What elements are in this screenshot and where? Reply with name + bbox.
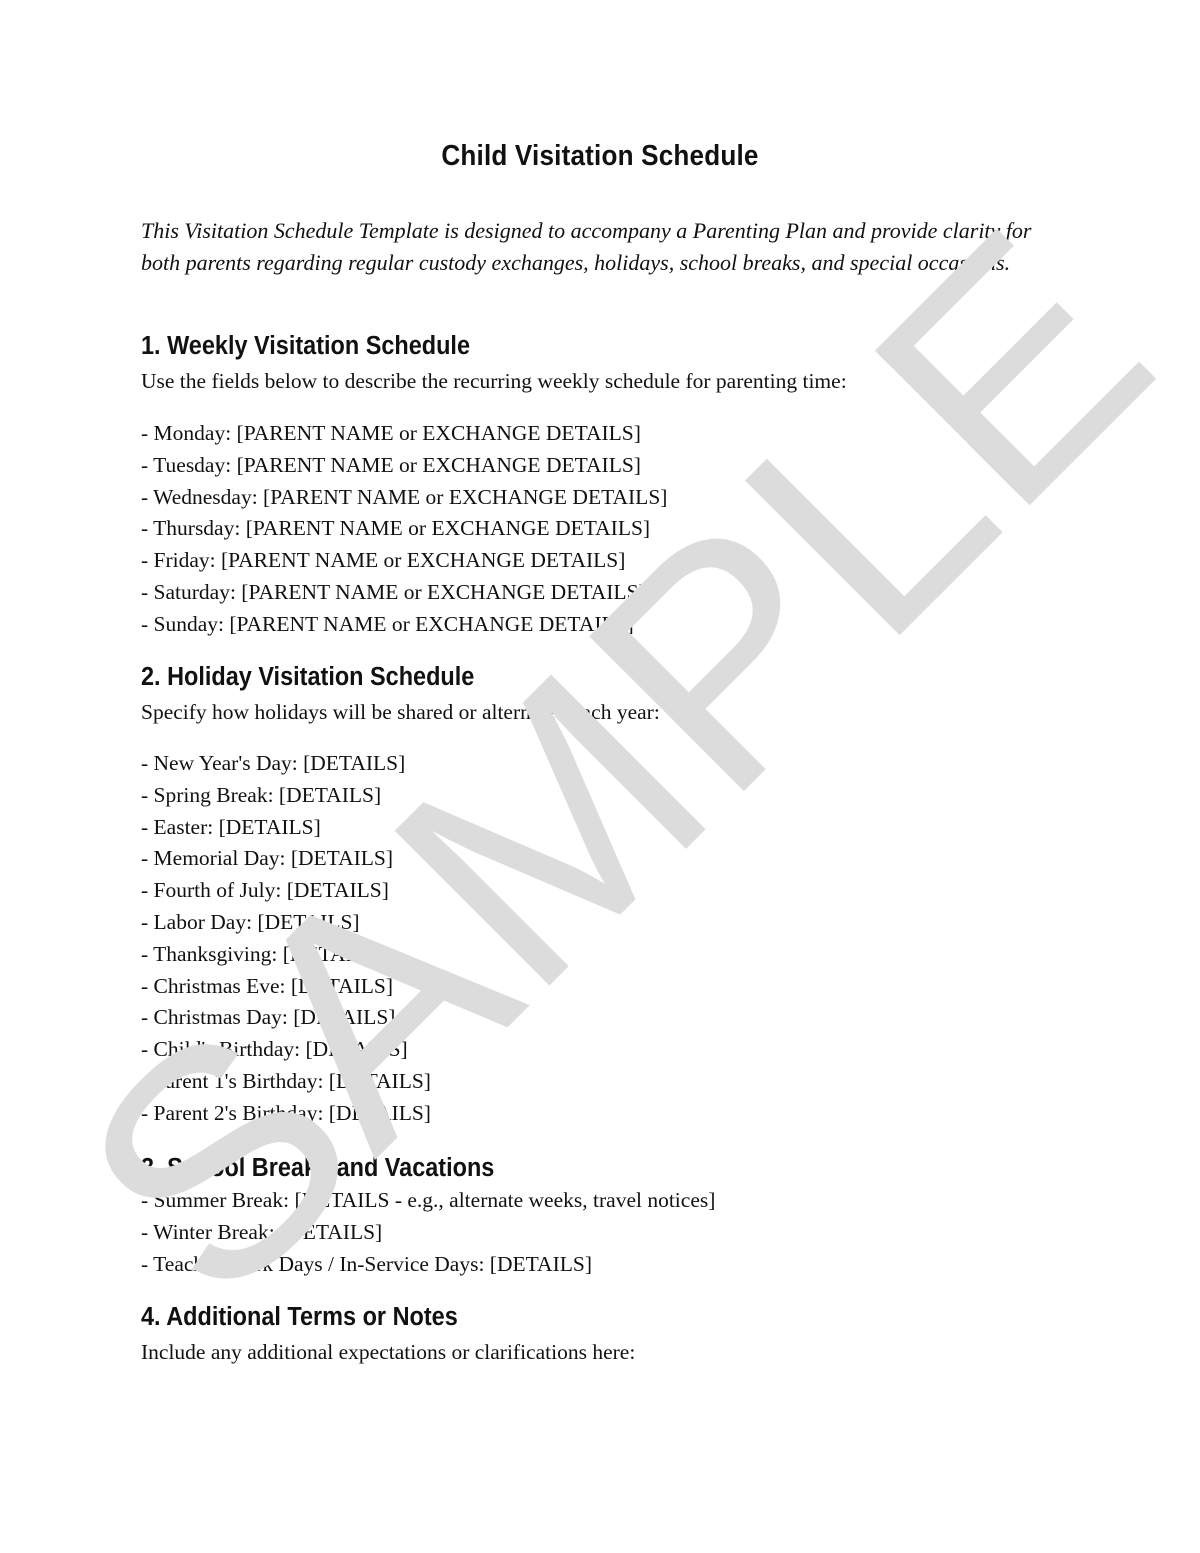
list-item: - Sunday: [PARENT NAME or EXCHANGE DETAI…	[141, 609, 667, 641]
list-item: - Fourth of July: [DETAILS]	[141, 875, 431, 907]
list-item: - Thanksgiving: [DETAILS]	[141, 939, 431, 971]
intro-paragraph: This Visitation Schedule Template is des…	[141, 215, 1041, 278]
document-page: Child Visitation Schedule This Visitatio…	[0, 0, 1200, 1553]
section-heading-additional-terms: 4. Additional Terms or Notes	[141, 1303, 458, 1332]
weekly-schedule-list: - Monday: [PARENT NAME or EXCHANGE DETAI…	[141, 418, 667, 641]
list-item: - Friday: [PARENT NAME or EXCHANGE DETAI…	[141, 545, 667, 577]
list-item: - Teacher Work Days / In-Service Days: […	[141, 1249, 715, 1281]
section-heading-weekly: 1. Weekly Visitation Schedule	[141, 332, 470, 361]
section-heading-school-breaks: 3. School Breaks and Vacations	[141, 1154, 494, 1183]
section-description-additional-terms: Include any additional expectations or c…	[141, 1340, 635, 1365]
list-item: - Child's Birthday: [DETAILS]	[141, 1034, 431, 1066]
list-item: - Summer Break: [DETAILS - e.g., alterna…	[141, 1185, 715, 1217]
section-heading-holiday: 2. Holiday Visitation Schedule	[141, 663, 474, 692]
list-item: - Christmas Day: [DETAILS]	[141, 1002, 431, 1034]
section-description-weekly: Use the fields below to describe the rec…	[141, 369, 847, 394]
list-item: - Labor Day: [DETAILS]	[141, 907, 431, 939]
list-item: - Thursday: [PARENT NAME or EXCHANGE DET…	[141, 513, 667, 545]
list-item: - Christmas Eve: [DETAILS]	[141, 971, 431, 1003]
list-item: - Parent 2's Birthday: [DETAILS]	[141, 1098, 431, 1130]
list-item: - Wednesday: [PARENT NAME or EXCHANGE DE…	[141, 482, 667, 514]
document-title: Child Visitation Schedule	[60, 140, 1140, 173]
list-item: - Winter Break: [DETAILS]	[141, 1217, 715, 1249]
list-item: - Saturday: [PARENT NAME or EXCHANGE DET…	[141, 577, 667, 609]
list-item: - Tuesday: [PARENT NAME or EXCHANGE DETA…	[141, 450, 667, 482]
school-breaks-list: - Summer Break: [DETAILS - e.g., alterna…	[141, 1185, 715, 1280]
section-description-holiday: Specify how holidays will be shared or a…	[141, 700, 660, 725]
list-item: - Monday: [PARENT NAME or EXCHANGE DETAI…	[141, 418, 667, 450]
list-item: - New Year's Day: [DETAILS]	[141, 748, 431, 780]
list-item: - Parent 1's Birthday: [DETAILS]	[141, 1066, 431, 1098]
list-item: - Spring Break: [DETAILS]	[141, 780, 431, 812]
list-item: - Easter: [DETAILS]	[141, 812, 431, 844]
holiday-schedule-list: - New Year's Day: [DETAILS] - Spring Bre…	[141, 748, 431, 1130]
list-item: - Memorial Day: [DETAILS]	[141, 843, 431, 875]
